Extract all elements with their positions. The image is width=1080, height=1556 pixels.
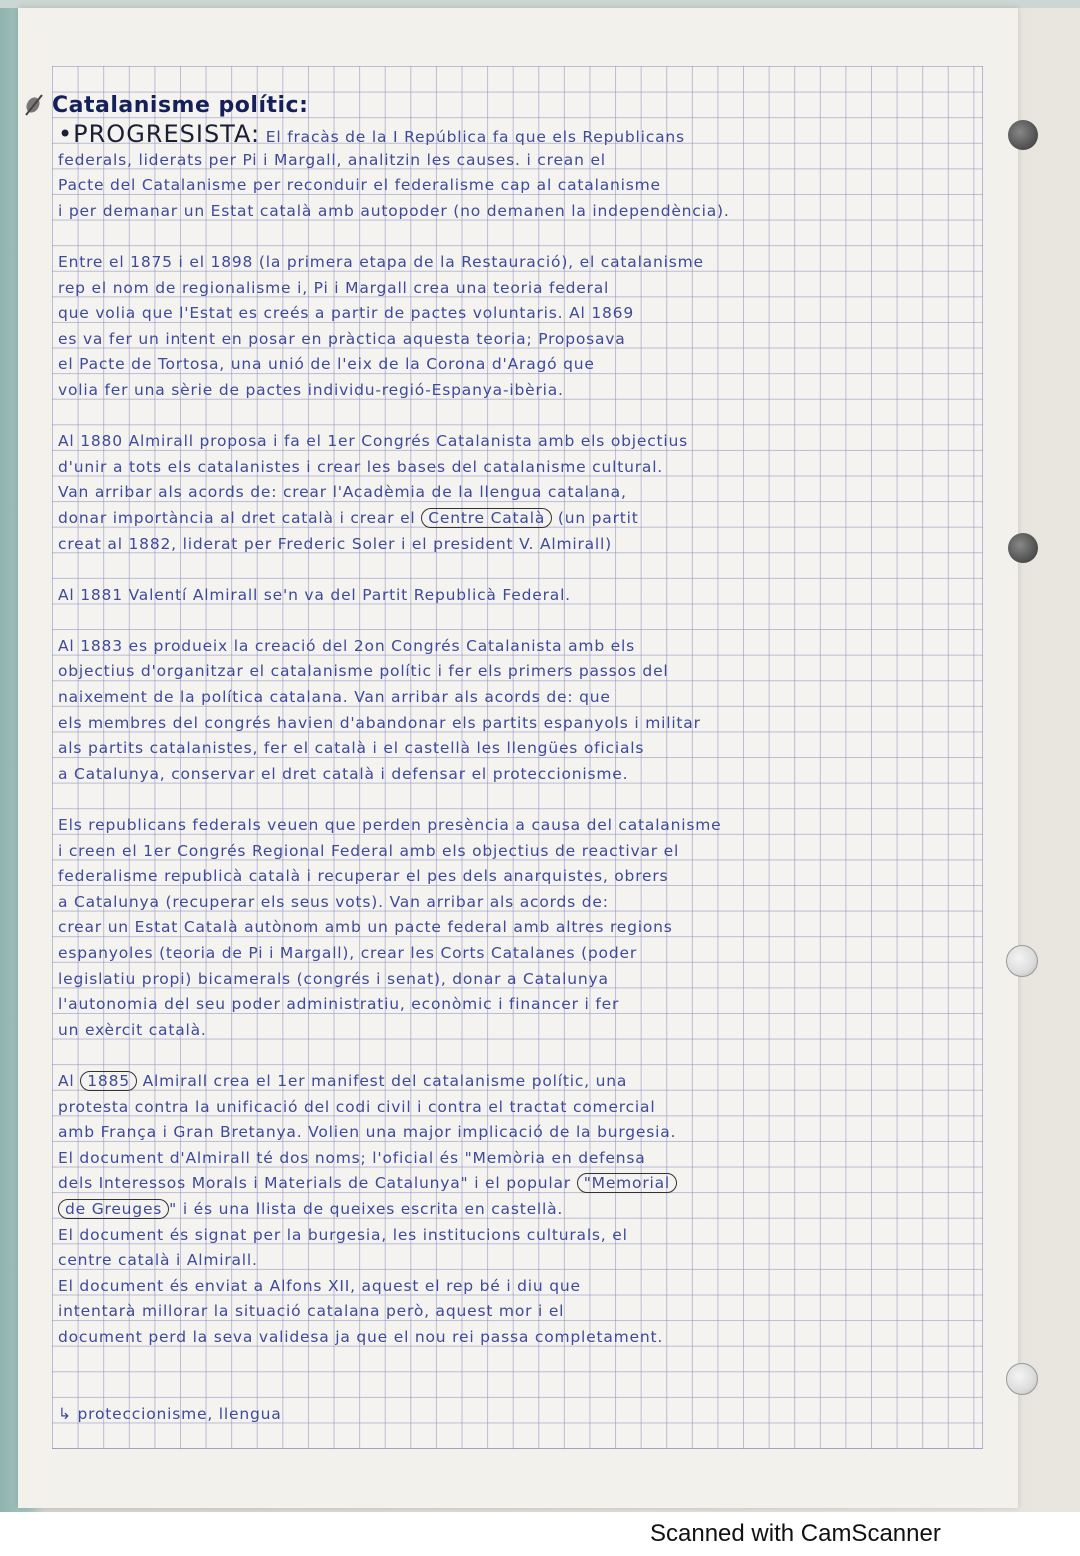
text-line: Entre el 1875 i el 1898 (la primera etap…	[58, 250, 978, 276]
text-line: centre català i Almirall.	[58, 1248, 978, 1274]
text-line: intentarà millorar la situació catalana …	[58, 1299, 978, 1325]
text-line: a Catalunya (recuperar els seus vots). V…	[58, 890, 978, 916]
paragraph-gap	[58, 787, 978, 813]
text-line: d'unir a tots els catalanistes i crear l…	[58, 455, 978, 481]
text-line: i per demanar un Estat català amb autopo…	[58, 199, 978, 225]
text-line: ↳ proteccionisme, llengua	[58, 1402, 978, 1428]
paragraph-progresista: •PROGRESISTA: El fracàs de la I Repúblic…	[58, 122, 978, 224]
text-line: federalisme republicà català i recuperar…	[58, 864, 978, 890]
pen-doodle-icon	[24, 93, 44, 117]
handwritten-notes: Catalanisme polític: •PROGRESISTA: El fr…	[58, 88, 978, 1427]
section-heading: •PROGRESISTA:	[58, 120, 260, 148]
text-line: Al 1880 Almirall proposa i fa el 1er Con…	[58, 429, 978, 455]
paragraph-1880: Al 1880 Almirall proposa i fa el 1er Con…	[58, 429, 978, 557]
text-line: als partits catalanistes, fer el català …	[58, 736, 978, 762]
text-line: El document és enviat a Alfons XII, aque…	[58, 1274, 978, 1300]
paragraph-gap	[58, 224, 978, 250]
text-line: Al 1883 es produeix la creació del 2on C…	[58, 634, 978, 660]
scanned-photo: Catalanisme polític: •PROGRESISTA: El fr…	[0, 0, 1080, 1512]
text-line: a Catalunya, conservar el dret català i …	[58, 762, 978, 788]
paragraph-republicans-federals: Els republicans federals veuen que perde…	[58, 813, 978, 1043]
text-line: Al 1881 Valentí Almirall se'n va del Par…	[58, 583, 978, 609]
text-line: naixement de la política catalana. Van a…	[58, 685, 978, 711]
circled-term: 1885	[80, 1071, 137, 1091]
paragraph-1875-1898: Entre el 1875 i el 1898 (la primera etap…	[58, 250, 978, 404]
text-line: donar importància al dret català i crear…	[58, 506, 978, 532]
paragraph-1881: Al 1881 Valentí Almirall se'n va del Par…	[58, 583, 978, 609]
paragraph-gap	[58, 1376, 978, 1402]
paragraph-gap	[58, 404, 978, 430]
text-line: protesta contra la unificació del codi c…	[58, 1095, 978, 1121]
punch-hole-icon	[1006, 945, 1038, 977]
circled-term: de Greuges	[58, 1199, 169, 1219]
text-line: federals, liderats per Pi i Margall, ana…	[58, 148, 978, 174]
text-line: rep el nom de regionalisme i, Pi i Marga…	[58, 276, 978, 302]
text-line: Al 1885 Almirall crea el 1er manifest de…	[58, 1069, 978, 1095]
punch-hole-icon	[1006, 1363, 1038, 1395]
text-line: i creen el 1er Congrés Regional Federal …	[58, 839, 978, 865]
paragraph-1885: Al 1885 Almirall crea el 1er manifest de…	[58, 1069, 978, 1351]
text-line: que volia que l'Estat es creés a partir …	[58, 301, 978, 327]
text-line: •PROGRESISTA: El fracàs de la I Repúblic…	[58, 122, 978, 148]
circled-term: "Memorial	[577, 1173, 677, 1193]
paragraph-gap	[58, 1043, 978, 1069]
text-line: volia fer una sèrie de pactes individu-r…	[58, 378, 978, 404]
text-line: El document d'Almirall té dos noms; l'of…	[58, 1146, 978, 1172]
text-line: espanyoles (teoria de Pi i Margall), cre…	[58, 941, 978, 967]
punch-hole-icon	[1008, 120, 1038, 150]
page-title: Catalanisme polític:	[52, 93, 308, 118]
text-line: Pacte del Catalanisme per reconduir el f…	[58, 173, 978, 199]
text-line: un exèrcit català.	[58, 1018, 978, 1044]
text-line: legislatiu propi) bicamerals (congrés i …	[58, 967, 978, 993]
text-line: document perd la seva validesa ja que el…	[58, 1325, 978, 1351]
text-line: l'autonomia del seu poder administratiu,…	[58, 992, 978, 1018]
text-line: Els republicans federals veuen que perde…	[58, 813, 978, 839]
text-line: amb França i Gran Bretanya. Volien una m…	[58, 1120, 978, 1146]
paragraph-1883: Al 1883 es produeix la creació del 2on C…	[58, 634, 978, 788]
text-line: creat al 1882, liderat per Frederic Sole…	[58, 532, 978, 558]
text-line: crear un Estat Català autònom amb un pac…	[58, 915, 978, 941]
text-line: El document és signat per la burgesia, l…	[58, 1223, 978, 1249]
text-line: Van arribar als acords de: crear l'Acadè…	[58, 480, 978, 506]
camscanner-watermark: Scanned with CamScanner	[644, 1514, 947, 1554]
punch-hole-icon	[1008, 533, 1038, 563]
text-line: es va fer un intent en posar en pràctica…	[58, 327, 978, 353]
paragraph-gap	[58, 608, 978, 634]
circled-term: Centre Català	[421, 508, 552, 528]
paragraph-gap	[58, 557, 978, 583]
paragraph-gap	[58, 1351, 978, 1377]
paragraph-note: ↳ proteccionisme, llengua	[58, 1402, 978, 1428]
text-line: de Greuges" i és una llista de queixes e…	[58, 1197, 978, 1223]
notes-body: •PROGRESISTA: El fracàs de la I Repúblic…	[58, 122, 978, 1427]
text-line: el Pacte de Tortosa, una unió de l'eix d…	[58, 352, 978, 378]
text-line: els membres del congrés havien d'abandon…	[58, 711, 978, 737]
title-row: Catalanisme polític:	[24, 88, 978, 122]
text-line: dels Interessos Morals i Materials de Ca…	[58, 1171, 978, 1197]
page-edge	[0, 0, 1080, 8]
text-line: objectius d'organitzar el catalanisme po…	[58, 659, 978, 685]
